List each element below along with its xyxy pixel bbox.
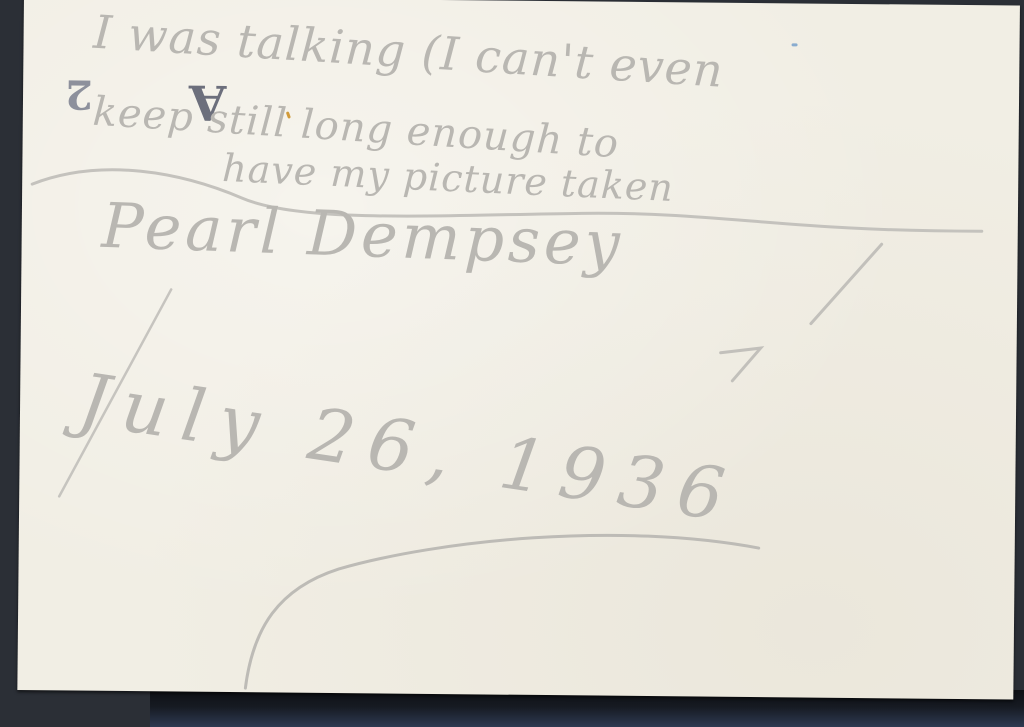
ink-speck xyxy=(792,43,798,46)
photo-card-back: 2 A I was talking (I can't even keep sti… xyxy=(17,0,1020,700)
stamp-number: 2 xyxy=(65,70,93,117)
